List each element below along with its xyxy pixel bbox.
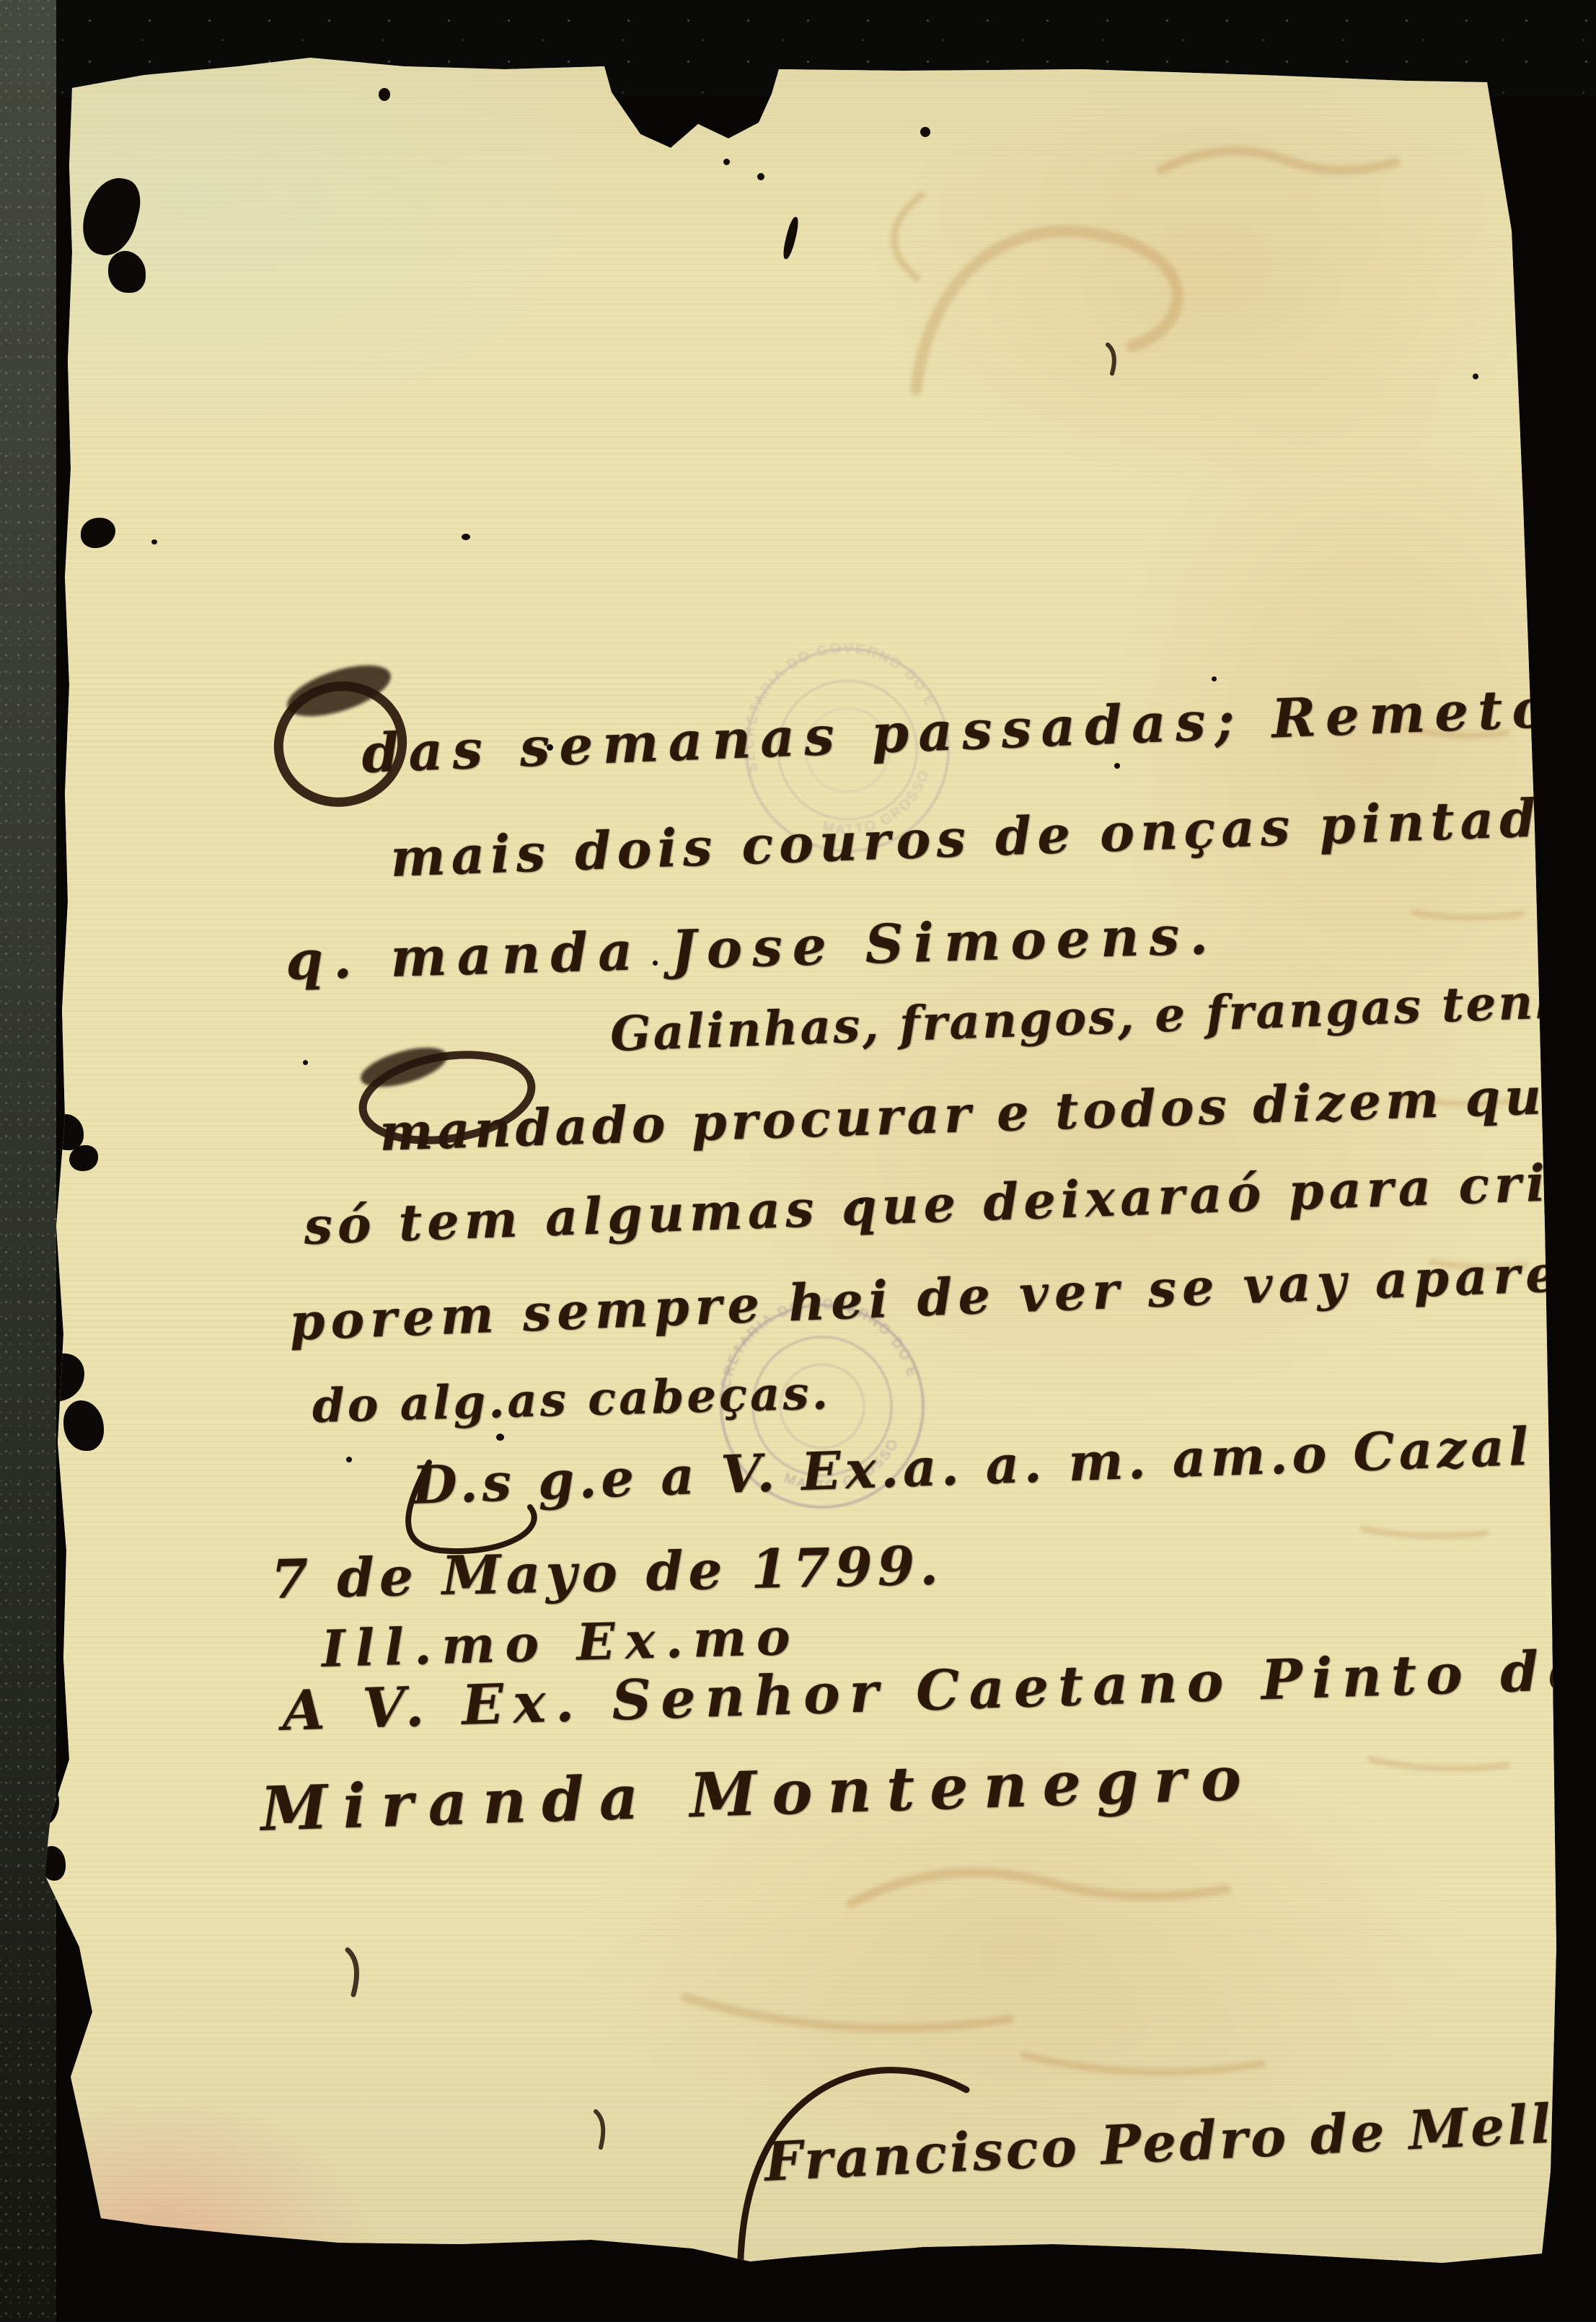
ink-speck [723, 159, 730, 165]
ink-speck [496, 1434, 504, 1441]
ink-speck [757, 173, 764, 180]
ink-speck [1473, 374, 1478, 379]
paper-sheet: SECRETARIA DO GOVERNO DO ESTADO MATTO GR… [0, 0, 1596, 2322]
ink-speck [920, 127, 930, 137]
photographed-manuscript: SECRETARIA DO GOVERNO DO ESTADO MATTO GR… [0, 0, 1596, 2322]
ink-speck [462, 534, 470, 540]
ink-speck [303, 1060, 308, 1065]
ink-speck [379, 88, 390, 101]
ink-speck [899, 2251, 905, 2263]
ink-speck [858, 1198, 864, 1204]
ink-speck [1114, 763, 1120, 769]
ink-speck [151, 539, 157, 544]
ink-speck [653, 961, 658, 966]
ink-speck [547, 744, 553, 751]
ink-speck [346, 1457, 352, 1462]
ink-blot [69, 1145, 98, 1171]
ink-speck [1212, 676, 1217, 681]
background-left-strip [0, 0, 56, 2322]
